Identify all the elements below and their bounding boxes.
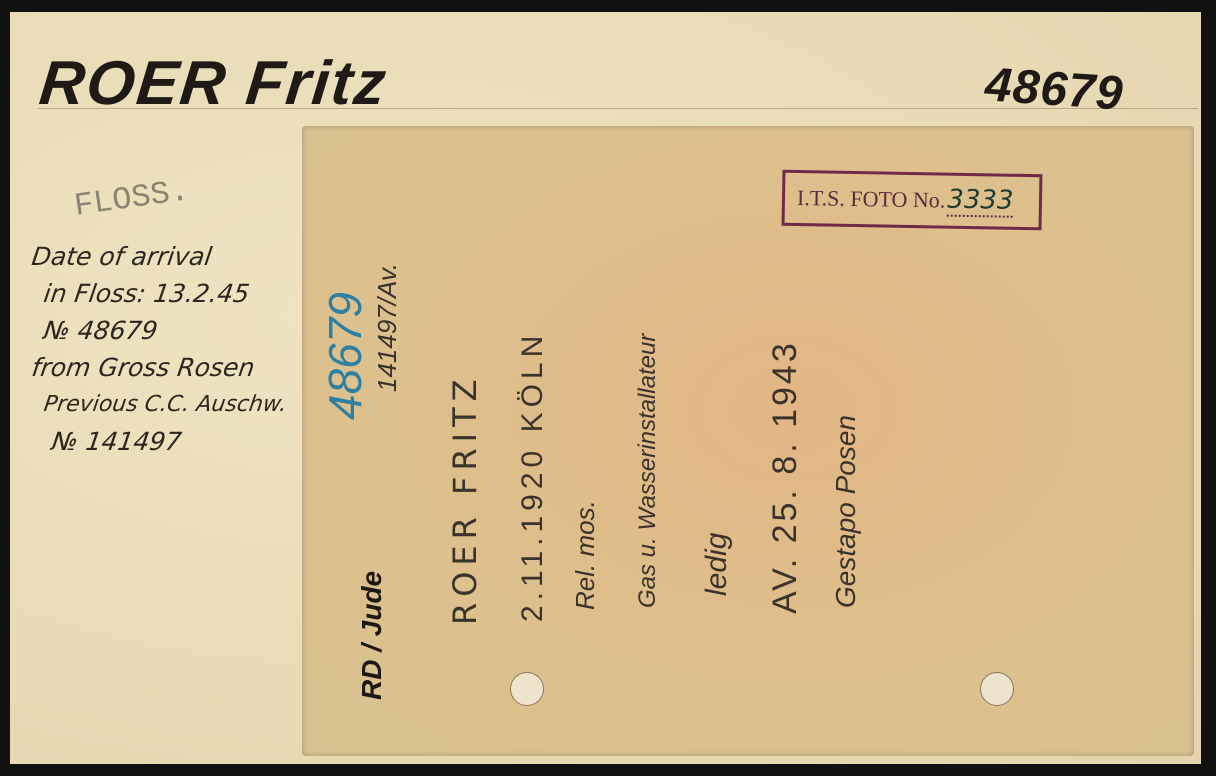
note-line: Previous C.C. Auschw. (29, 386, 334, 423)
punch-hole (510, 672, 544, 706)
blue-number: 48679 (318, 292, 372, 420)
note-line: № 48679 (29, 312, 334, 349)
birth-info: 2.11.1920 KÖLN (516, 331, 550, 622)
punch-hole (980, 672, 1014, 706)
religion: Rel. mos. (570, 500, 601, 610)
stamp-number: 3333 (947, 185, 1014, 218)
arrival-notes: Date of arrival in Floss: 13.2.45 № 4867… (32, 238, 332, 460)
stamp-label: I.T.S. FOTO No. (797, 185, 946, 214)
marital-status: ledig (700, 533, 734, 596)
note-line: in Floss: 13.2.45 (29, 275, 334, 312)
occupation: Gas u. Wasserinstallateur (634, 334, 662, 608)
camp-stamp: FLOSS. (72, 172, 191, 225)
category: RD / Jude (356, 571, 388, 700)
prisoner-number: 48679 (983, 57, 1125, 122)
its-foto-stamp: I.T.S. FOTO No. 3333 (782, 170, 1043, 231)
arrival-date: AV. 25. 8. 1943 (766, 340, 805, 614)
prisoner-name: ROER Fritz (36, 48, 391, 119)
referred-by: Gestapo Posen (830, 415, 862, 608)
name-vertical: ROER FRITZ (446, 373, 484, 625)
note-line: Date of arrival (29, 238, 334, 275)
note-line: № 141497 (29, 423, 334, 460)
note-line: from Gross Rosen (29, 349, 334, 386)
previous-number: 141497/Av. (372, 263, 403, 392)
attached-card (302, 126, 1194, 756)
